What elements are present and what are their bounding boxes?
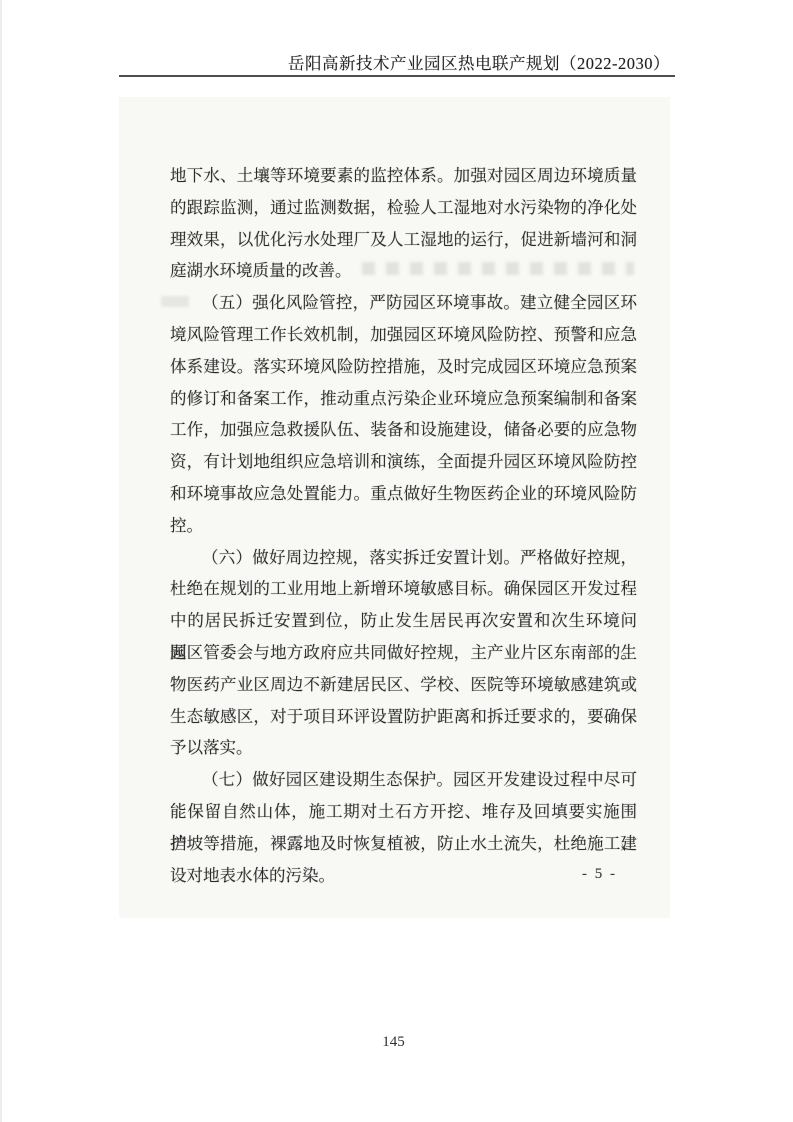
text-line: 护坡等措施，裸露地及时恢复植被，防止水土流失，杜绝施工建 xyxy=(170,828,637,860)
text-line: 地下水、土壤等环境要素的监控体系。加强对园区周边环境质量 xyxy=(170,160,637,192)
text-line: 杜绝在规划的工业用地上新增环境敏感目标。确保园区开发过程 xyxy=(170,573,637,605)
text-line: 生态敏感区，对于项目环评设置防护距离和拆迁要求的，要确保 xyxy=(170,701,637,733)
paragraph: 地下水、土壤等环境要素的监控体系。加强对园区周边环境质量的跟踪监测，通过监测数据… xyxy=(170,160,637,287)
running-header: 岳阳高新技术产业园区热电联产规划（2022-2030） xyxy=(119,50,672,74)
text-line: 控。 xyxy=(170,510,637,542)
page-number: 145 xyxy=(0,1034,787,1051)
scan-edge-line xyxy=(0,0,2,1122)
paragraph: （五）强化风险管控，严防园区环境事故。建立健全园区环境风险管理工作长效机制，加强… xyxy=(170,287,637,541)
text-line: （五）强化风险管控，严防园区环境事故。建立健全园区环 xyxy=(170,287,637,319)
header-rule xyxy=(119,75,675,77)
text-line: 资，有计划地组织应急培训和演练，全面提升园区环境风险防控 xyxy=(170,446,637,478)
text-line: 体系建设。落实环境风险防控措施，及时完成园区环境应急预案 xyxy=(170,351,637,383)
text-line: 理效果，以优化污水处理厂及人工湿地的运行，促进新墙河和洞 xyxy=(170,224,637,256)
text-line: 的修订和备案工作，推动重点污染企业环境应急预案编制和备案 xyxy=(170,383,637,415)
text-line: （七）做好园区建设期生态保护。园区开发建设过程中尽可 xyxy=(170,764,637,796)
section-page-number: - 5 - xyxy=(170,866,617,883)
text-line: 予以落实。 xyxy=(170,732,637,764)
text-line: 中的居民拆迁安置到位，防止发生居民再次安置和次生环境问题。 xyxy=(170,605,637,637)
text-line: 物医药产业区周边不新建居民区、学校、医院等环境敏感建筑或 xyxy=(170,669,637,701)
text-line: 工作，加强应急救援队伍、装备和设施建设，储备必要的应急物 xyxy=(170,414,637,446)
text-line: 和环境事故应急处置能力。重点做好生物医药企业的环境风险防 xyxy=(170,478,637,510)
text-line: 园区管委会与地方政府应共同做好控规，主产业片区东南部的生 xyxy=(170,637,637,669)
text-line: 庭湖水环境质量的改善。 xyxy=(170,255,637,287)
text-line: 境风险管理工作长效机制，加强园区环境风险防控、预警和应急 xyxy=(170,319,637,351)
body-text: 地下水、土壤等环境要素的监控体系。加强对园区周边环境质量的跟踪监测，通过监测数据… xyxy=(170,160,637,891)
paragraph: （六）做好周边控规，落实拆迁安置计划。严格做好控规，杜绝在规划的工业用地上新增环… xyxy=(170,542,637,765)
text-line: 的跟踪监测，通过监测数据，检验人工湿地对水污染物的净化处 xyxy=(170,192,637,224)
document-page: 岳阳高新技术产业园区热电联产规划（2022-2030） 地下水、土壤等环境要素的… xyxy=(0,0,793,1122)
text-line: （六）做好周边控规，落实拆迁安置计划。严格做好控规， xyxy=(170,542,637,574)
text-line: 能保留自然山体，施工期对土石方开挖、堆存及回填要实施围挡、 xyxy=(170,796,637,828)
header-title: 岳阳高新技术产业园区热电联产规划（2022-2030） xyxy=(288,54,670,73)
